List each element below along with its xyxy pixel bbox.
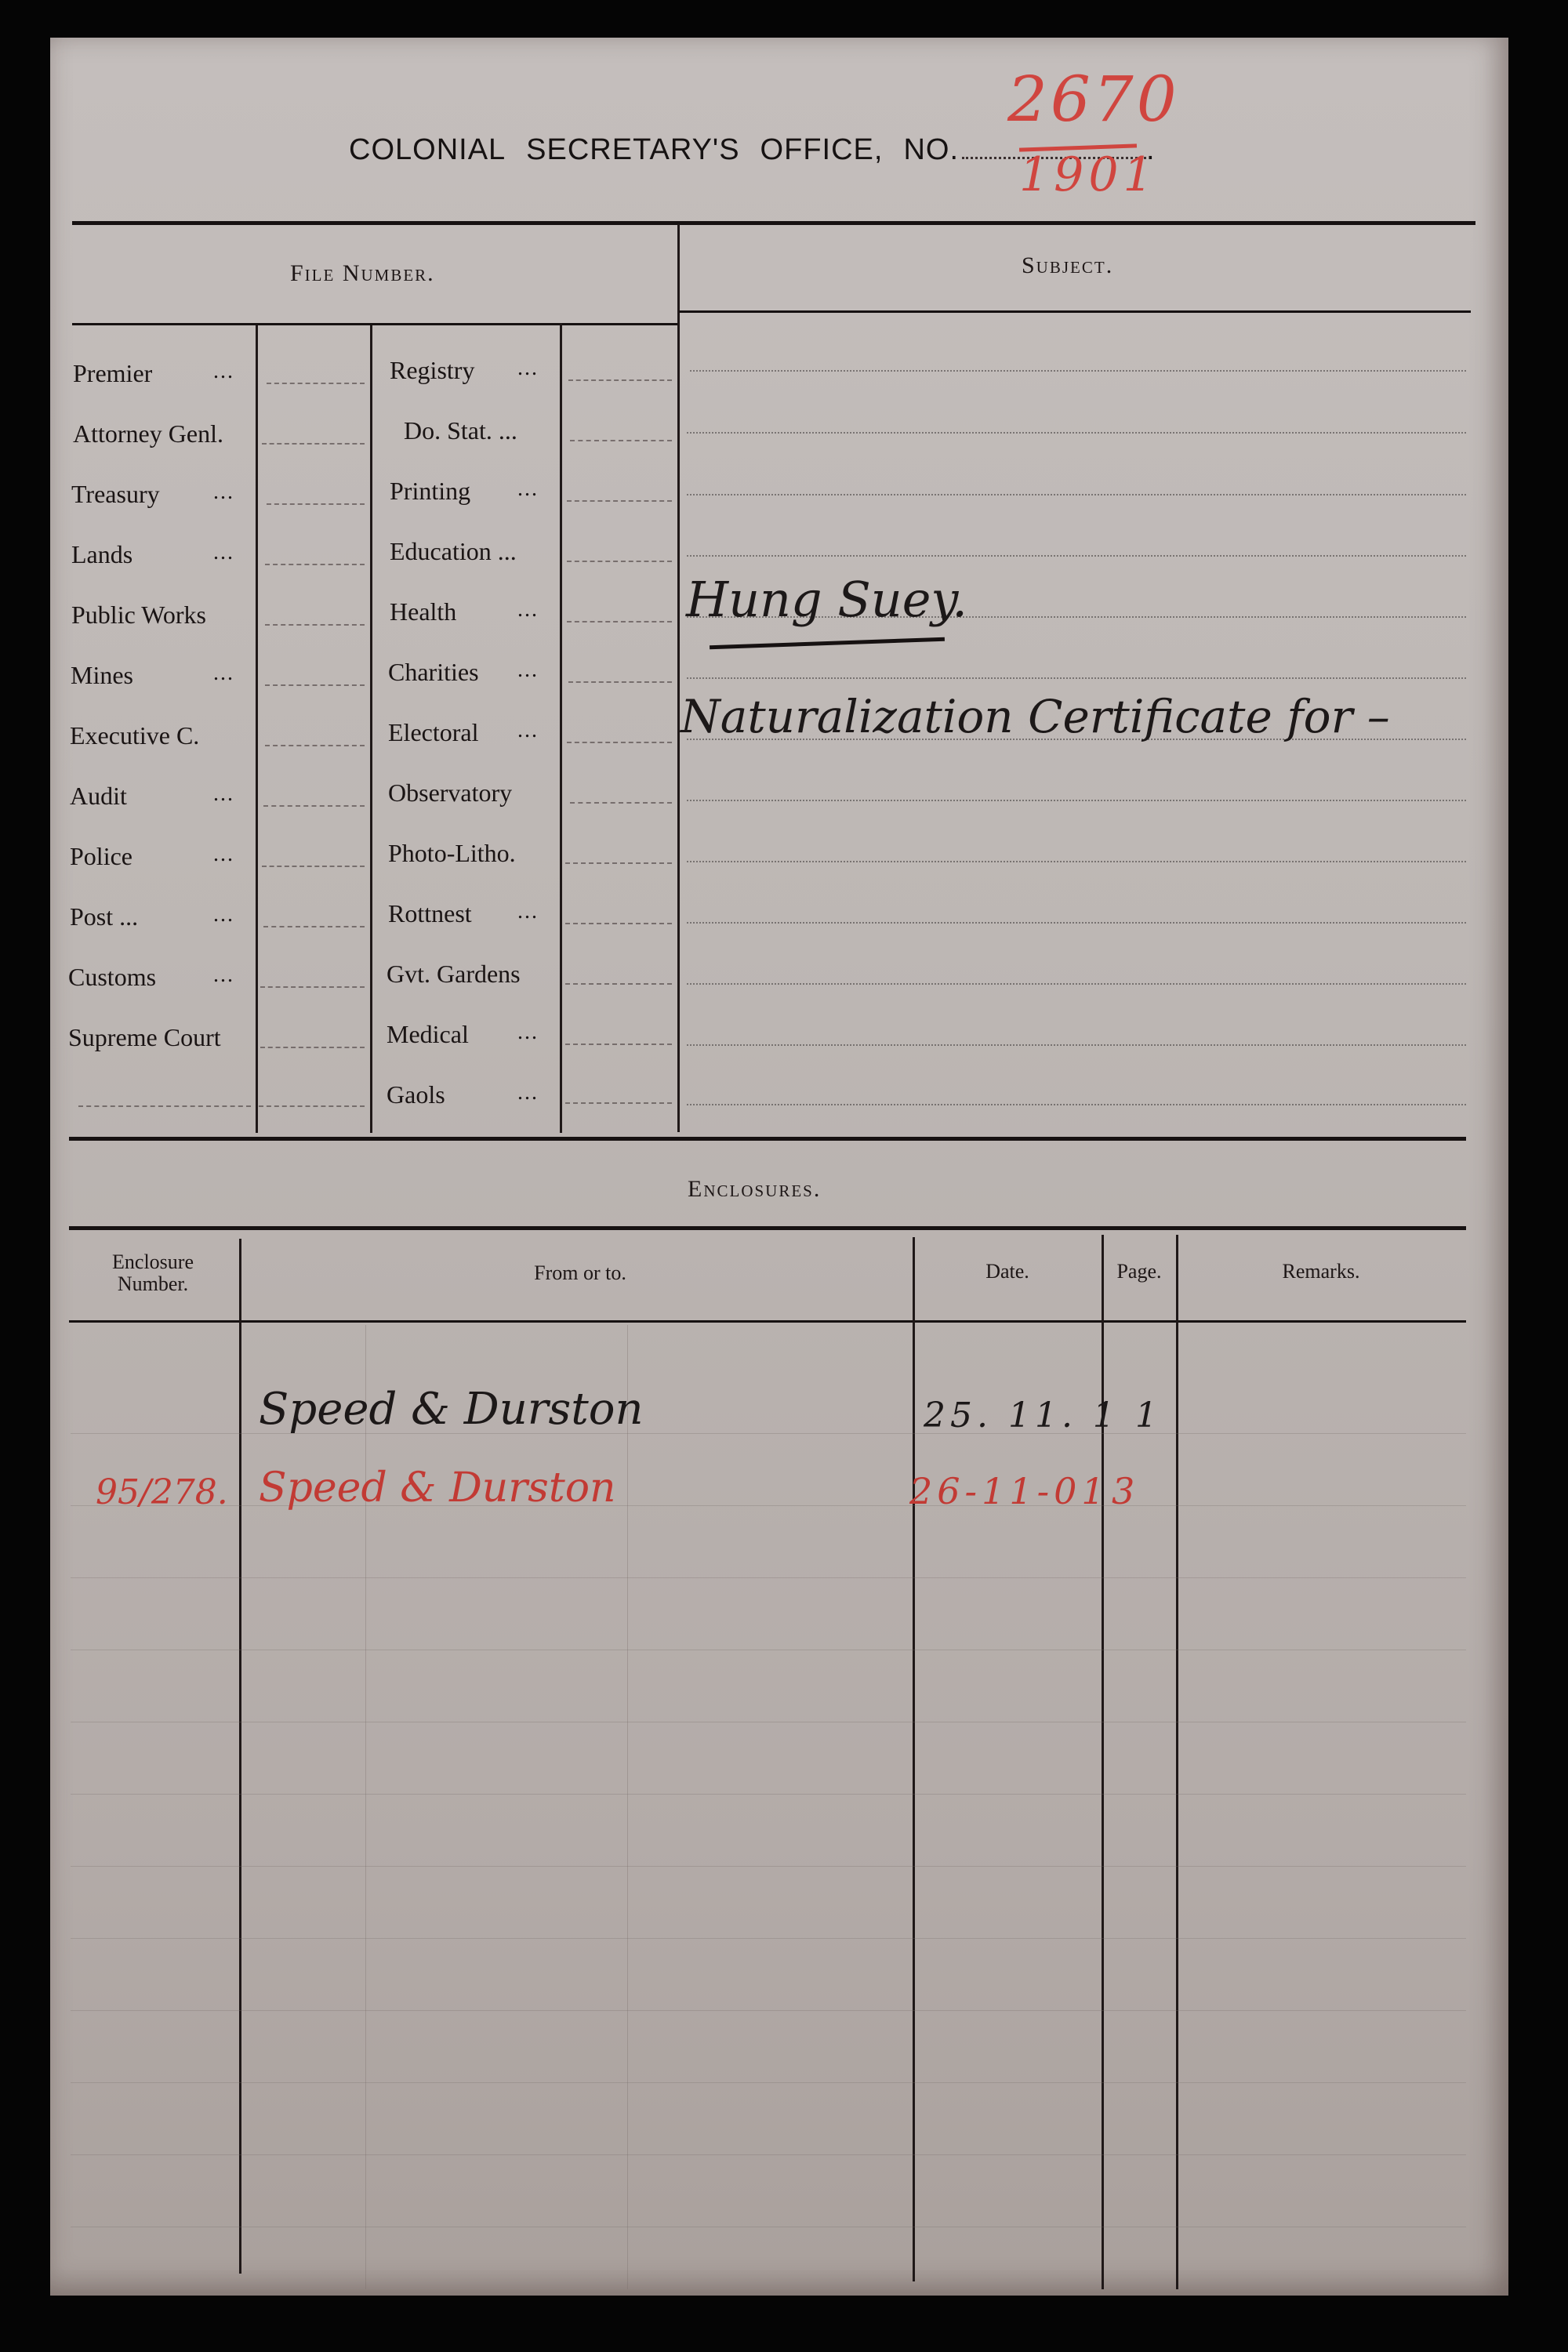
file-entry-field[interactable] xyxy=(265,564,365,565)
column-divider xyxy=(1176,1235,1178,2289)
ellipsis: ... xyxy=(517,597,539,622)
section-heavy-rule xyxy=(69,1137,1466,1141)
file-label-premier: Premier xyxy=(73,359,152,388)
file-entry-field[interactable] xyxy=(565,862,672,864)
file-number-denominator: 1901 xyxy=(1019,147,1158,202)
faint-ruling xyxy=(71,1722,1466,1722)
file-label-medical: Medical xyxy=(387,1020,469,1049)
file-label-photo-litho: Photo-Litho. xyxy=(388,839,516,868)
file-label-post: Post ... xyxy=(70,902,138,931)
faint-ruling xyxy=(71,2154,1466,2155)
file-entry-field[interactable] xyxy=(267,503,365,505)
file-label-electoral: Electoral xyxy=(388,718,478,747)
title-word: SECRETARY'S xyxy=(526,133,739,166)
enclosure-page: 3 xyxy=(1112,1470,1134,1512)
ellipsis: ... xyxy=(213,661,234,686)
file-label-treasury: Treasury xyxy=(71,480,160,509)
faint-ruling xyxy=(71,1794,1466,1795)
faint-ruling xyxy=(71,1577,1466,1578)
column-header-page: Page. xyxy=(1104,1261,1174,1283)
enclosure-date: 26-11-01 xyxy=(909,1470,1109,1512)
file-label-printing: Printing xyxy=(390,477,470,506)
file-label-mines: Mines xyxy=(71,661,133,690)
file-entry-field[interactable] xyxy=(567,561,672,562)
file-entry-field[interactable] xyxy=(267,383,365,384)
subject-line[interactable] xyxy=(687,677,1466,679)
file-label-public-works: Public Works xyxy=(71,601,206,630)
subject-line[interactable] xyxy=(687,983,1466,985)
ellipsis: ... xyxy=(213,902,234,927)
file-header-rule xyxy=(72,323,677,325)
column-divider xyxy=(913,1237,915,2281)
blank-label-line xyxy=(78,1105,251,1107)
ellipsis: ... xyxy=(213,359,234,384)
file-entry-field[interactable] xyxy=(263,926,365,927)
file-entry-field[interactable] xyxy=(260,1047,365,1048)
enclosure-number: 95/278. xyxy=(96,1472,228,1512)
ellipsis: ... xyxy=(517,356,539,381)
faint-ruling xyxy=(71,1866,1466,1867)
ellipsis: ... xyxy=(213,782,234,807)
file-label-registry: Registry xyxy=(390,356,474,385)
column-header-date: Date. xyxy=(917,1261,1098,1283)
file-entry-field[interactable] xyxy=(567,742,672,743)
file-label-customs: Customs xyxy=(68,963,156,992)
ellipsis: ... xyxy=(517,477,539,502)
subject-description: Naturalization Certificate for – xyxy=(681,690,1390,743)
file-label-rottnest: Rottnest xyxy=(388,899,472,928)
subject-line[interactable] xyxy=(687,432,1466,434)
title-word: COLONIAL xyxy=(349,133,506,166)
column-divider xyxy=(239,1239,241,2274)
enclosure-page: 1 xyxy=(1135,1396,1157,1436)
file-entry-field[interactable] xyxy=(259,1105,365,1107)
enclosure-from-to: Speed & Durston xyxy=(259,1465,616,1512)
file-entry-field[interactable] xyxy=(265,745,365,746)
ellipsis: ... xyxy=(517,899,539,924)
file-entry-field[interactable] xyxy=(262,866,365,867)
ellipsis: ... xyxy=(517,1020,539,1045)
enclosures-header-rule xyxy=(69,1320,1466,1323)
subject-line[interactable] xyxy=(687,1104,1466,1105)
file-label-supreme-court: Supreme Court xyxy=(68,1023,221,1052)
ellipsis: ... xyxy=(517,658,539,683)
ellipsis: ... xyxy=(517,718,539,743)
file-label-charities: Charities xyxy=(388,658,479,687)
column-divider xyxy=(256,325,258,1133)
file-entry-field[interactable] xyxy=(568,681,672,683)
file-label-health: Health xyxy=(390,597,456,626)
faint-ruling xyxy=(71,2082,1466,2083)
column-header-from-or-to: From or to. xyxy=(251,1262,909,1284)
file-entry-field[interactable] xyxy=(262,443,365,445)
file-label-attorney-genl: Attorney Genl. xyxy=(73,419,223,448)
subject-header-rule xyxy=(679,310,1471,313)
subject-line[interactable] xyxy=(687,494,1466,495)
faint-ruling xyxy=(71,2010,1466,2011)
title-word: NO. xyxy=(903,133,959,166)
file-entry-field[interactable] xyxy=(263,805,365,807)
file-entry-field[interactable] xyxy=(565,923,672,924)
enclosure-from-to: Speed & Durston xyxy=(259,1384,644,1435)
column-header-enclosure-number: Enclosure Number. xyxy=(74,1251,231,1295)
column-header-remarks: Remarks. xyxy=(1176,1261,1466,1283)
subject-line[interactable] xyxy=(687,922,1466,924)
subject-line[interactable] xyxy=(690,370,1466,372)
column-divider xyxy=(1102,1235,1104,2289)
file-number-numerator: 2670 xyxy=(1007,63,1180,136)
file-entry-field[interactable] xyxy=(568,379,672,381)
file-label-do-stat: Do. Stat. ... xyxy=(404,416,517,445)
subject-line[interactable] xyxy=(687,861,1466,862)
file-entry-field[interactable] xyxy=(565,983,672,985)
file-label-executive-c: Executive C. xyxy=(70,721,199,750)
title-word: OFFICE, xyxy=(760,133,884,166)
file-entry-field[interactable] xyxy=(260,986,365,988)
file-label-observatory: Observatory xyxy=(388,779,512,808)
file-label-police: Police xyxy=(70,842,132,871)
subject-line[interactable] xyxy=(687,1044,1466,1046)
document-page xyxy=(50,38,1508,2296)
enclosures-heading: Enclosures. xyxy=(688,1176,821,1203)
ellipsis: ... xyxy=(213,540,234,565)
file-entry-field[interactable] xyxy=(565,1044,672,1045)
file-entry-field[interactable] xyxy=(570,802,672,804)
ellipsis: ... xyxy=(213,480,234,505)
top-heavy-rule xyxy=(72,221,1475,225)
subject-line[interactable] xyxy=(687,800,1466,801)
file-label-gvt-gardens: Gvt. Gardens xyxy=(387,960,521,989)
ellipsis: ... xyxy=(213,842,234,867)
faint-ruling xyxy=(71,1938,1466,1939)
file-entry-field[interactable] xyxy=(567,621,672,622)
ellipsis: ... xyxy=(517,1080,539,1105)
faint-ruling xyxy=(627,1325,628,2289)
subject-name: Hung Suey. xyxy=(686,571,967,628)
subject-line[interactable] xyxy=(687,555,1466,557)
subject-heading: Subject. xyxy=(1022,252,1113,279)
file-label-lands: Lands xyxy=(71,540,132,569)
faint-ruling xyxy=(71,1650,1466,1650)
column-divider xyxy=(370,325,372,1133)
file-entry-field[interactable] xyxy=(265,684,365,686)
file-label-audit: Audit xyxy=(70,782,127,811)
file-entry-field[interactable] xyxy=(567,500,672,502)
ellipsis: ... xyxy=(213,963,234,988)
faint-ruling xyxy=(71,2227,1466,2227)
column-divider xyxy=(560,323,562,1133)
file-label-gaols: Gaols xyxy=(387,1080,445,1109)
file-entry-field[interactable] xyxy=(265,624,365,626)
enclosures-heavy-rule xyxy=(69,1226,1466,1230)
file-number-heading: File Number. xyxy=(290,260,435,287)
enclosure-date: 25. 11. 1 xyxy=(924,1396,1120,1436)
file-subject-divider xyxy=(677,224,680,1132)
file-entry-field[interactable] xyxy=(565,1102,672,1104)
file-label-education: Education ... xyxy=(390,537,517,566)
file-entry-field[interactable] xyxy=(570,440,672,441)
